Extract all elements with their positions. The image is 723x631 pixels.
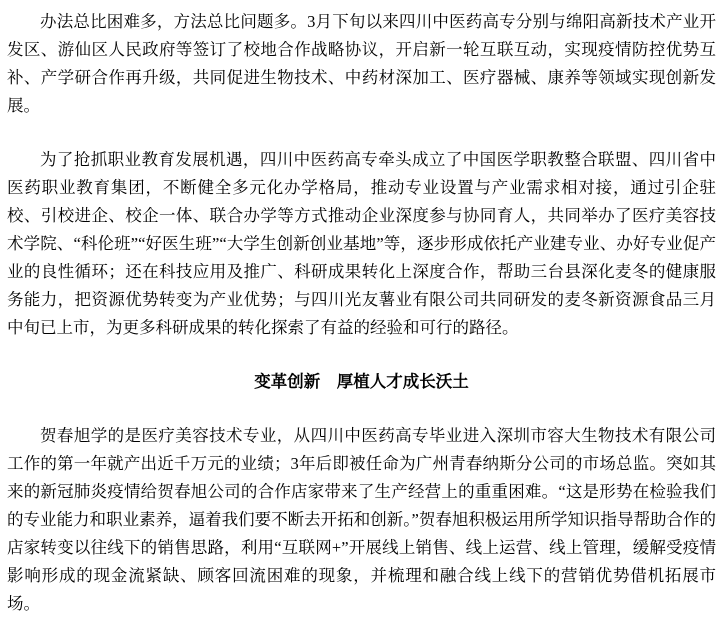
paragraph-vocational-education: 为了抢抓职业教育发展机遇，四川中医药高专牵头成立了中国医学职教整合联盟、四川省中…	[7, 146, 716, 342]
paragraph-school-cooperation: 办法总比困难多，方法总比问题多。3月下旬以来四川中医药高专分别与绵阳高新技术产业…	[7, 8, 716, 120]
section-heading-talent-growth: 变革创新 厚植人才成长沃土	[7, 368, 716, 396]
article-page: 办法总比困难多，方法总比问题多。3月下旬以来四川中医药高专分别与绵阳高新技术产业…	[0, 0, 723, 631]
paragraph-graduate-story: 贺春旭学的是医疗美容技术专业，从四川中医药高专毕业进入深圳市容大生物技术有限公司…	[7, 422, 716, 618]
